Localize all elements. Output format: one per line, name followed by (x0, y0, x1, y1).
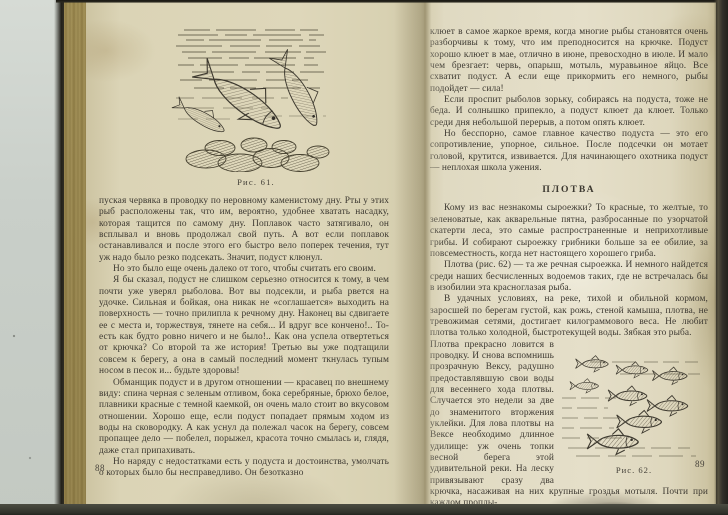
paragraph: Но это было еще очень далеко от того, чт… (99, 264, 389, 275)
right-page: клюет в самое жаркое время, когда многие… (424, 0, 716, 505)
paragraph: Я бы сказал, подуст не слишком серьезно … (99, 275, 389, 377)
right-page-text: клюет в самое жаркое время, когда многие… (424, 27, 716, 510)
scanner-background (0, 0, 62, 515)
paragraph: Плотва (рис. 62) — та же речная сыроежка… (430, 260, 708, 294)
paragraph: клюет в самое жаркое время, когда многие… (430, 27, 708, 95)
book-scan: Рис. 61. пуская червяка в проводку по не… (0, 0, 728, 515)
paragraph: Но бесспорно, самое главное качество под… (430, 129, 708, 174)
paragraph: Если проспит рыболов зорьку, собираясь н… (430, 95, 708, 129)
section-heading-plotva: ПЛОТВА (430, 184, 708, 195)
figure-62: Рис. 62. (560, 352, 708, 475)
figure-61: Рис. 61. (168, 0, 344, 187)
text-with-figure: Рис. 62. Плотва прекрасно ловится в пров… (430, 340, 708, 510)
paragraph: пуская червяка в проводку по неровному к… (99, 196, 389, 264)
scan-edge-top (56, 0, 728, 3)
scan-edge-bottom (0, 504, 728, 515)
figure-61-caption: Рис. 61. (168, 177, 344, 187)
paragraph: Кому из вас незнакомы сыроежки? То красн… (430, 203, 708, 260)
paragraph: Обманщик подуст и в другом отношении — к… (99, 378, 389, 457)
paragraph: В удачных условиях, на реке, тихой и оби… (430, 294, 708, 339)
page-number-right: 89 (695, 459, 705, 469)
paragraph: Но наряду с недостатками есть у подуста … (99, 457, 389, 480)
left-page-text: пуская червяка в проводку по неровному к… (86, 196, 426, 480)
scan-edge-right (714, 0, 728, 515)
fish-illustration-podust (168, 24, 334, 172)
left-page: Рис. 61. пуская червяка в проводку по не… (86, 0, 426, 505)
figure-62-caption: Рис. 62. (560, 465, 708, 475)
fish-school-illustration (560, 352, 704, 462)
page-number-left: 88 (95, 463, 105, 473)
